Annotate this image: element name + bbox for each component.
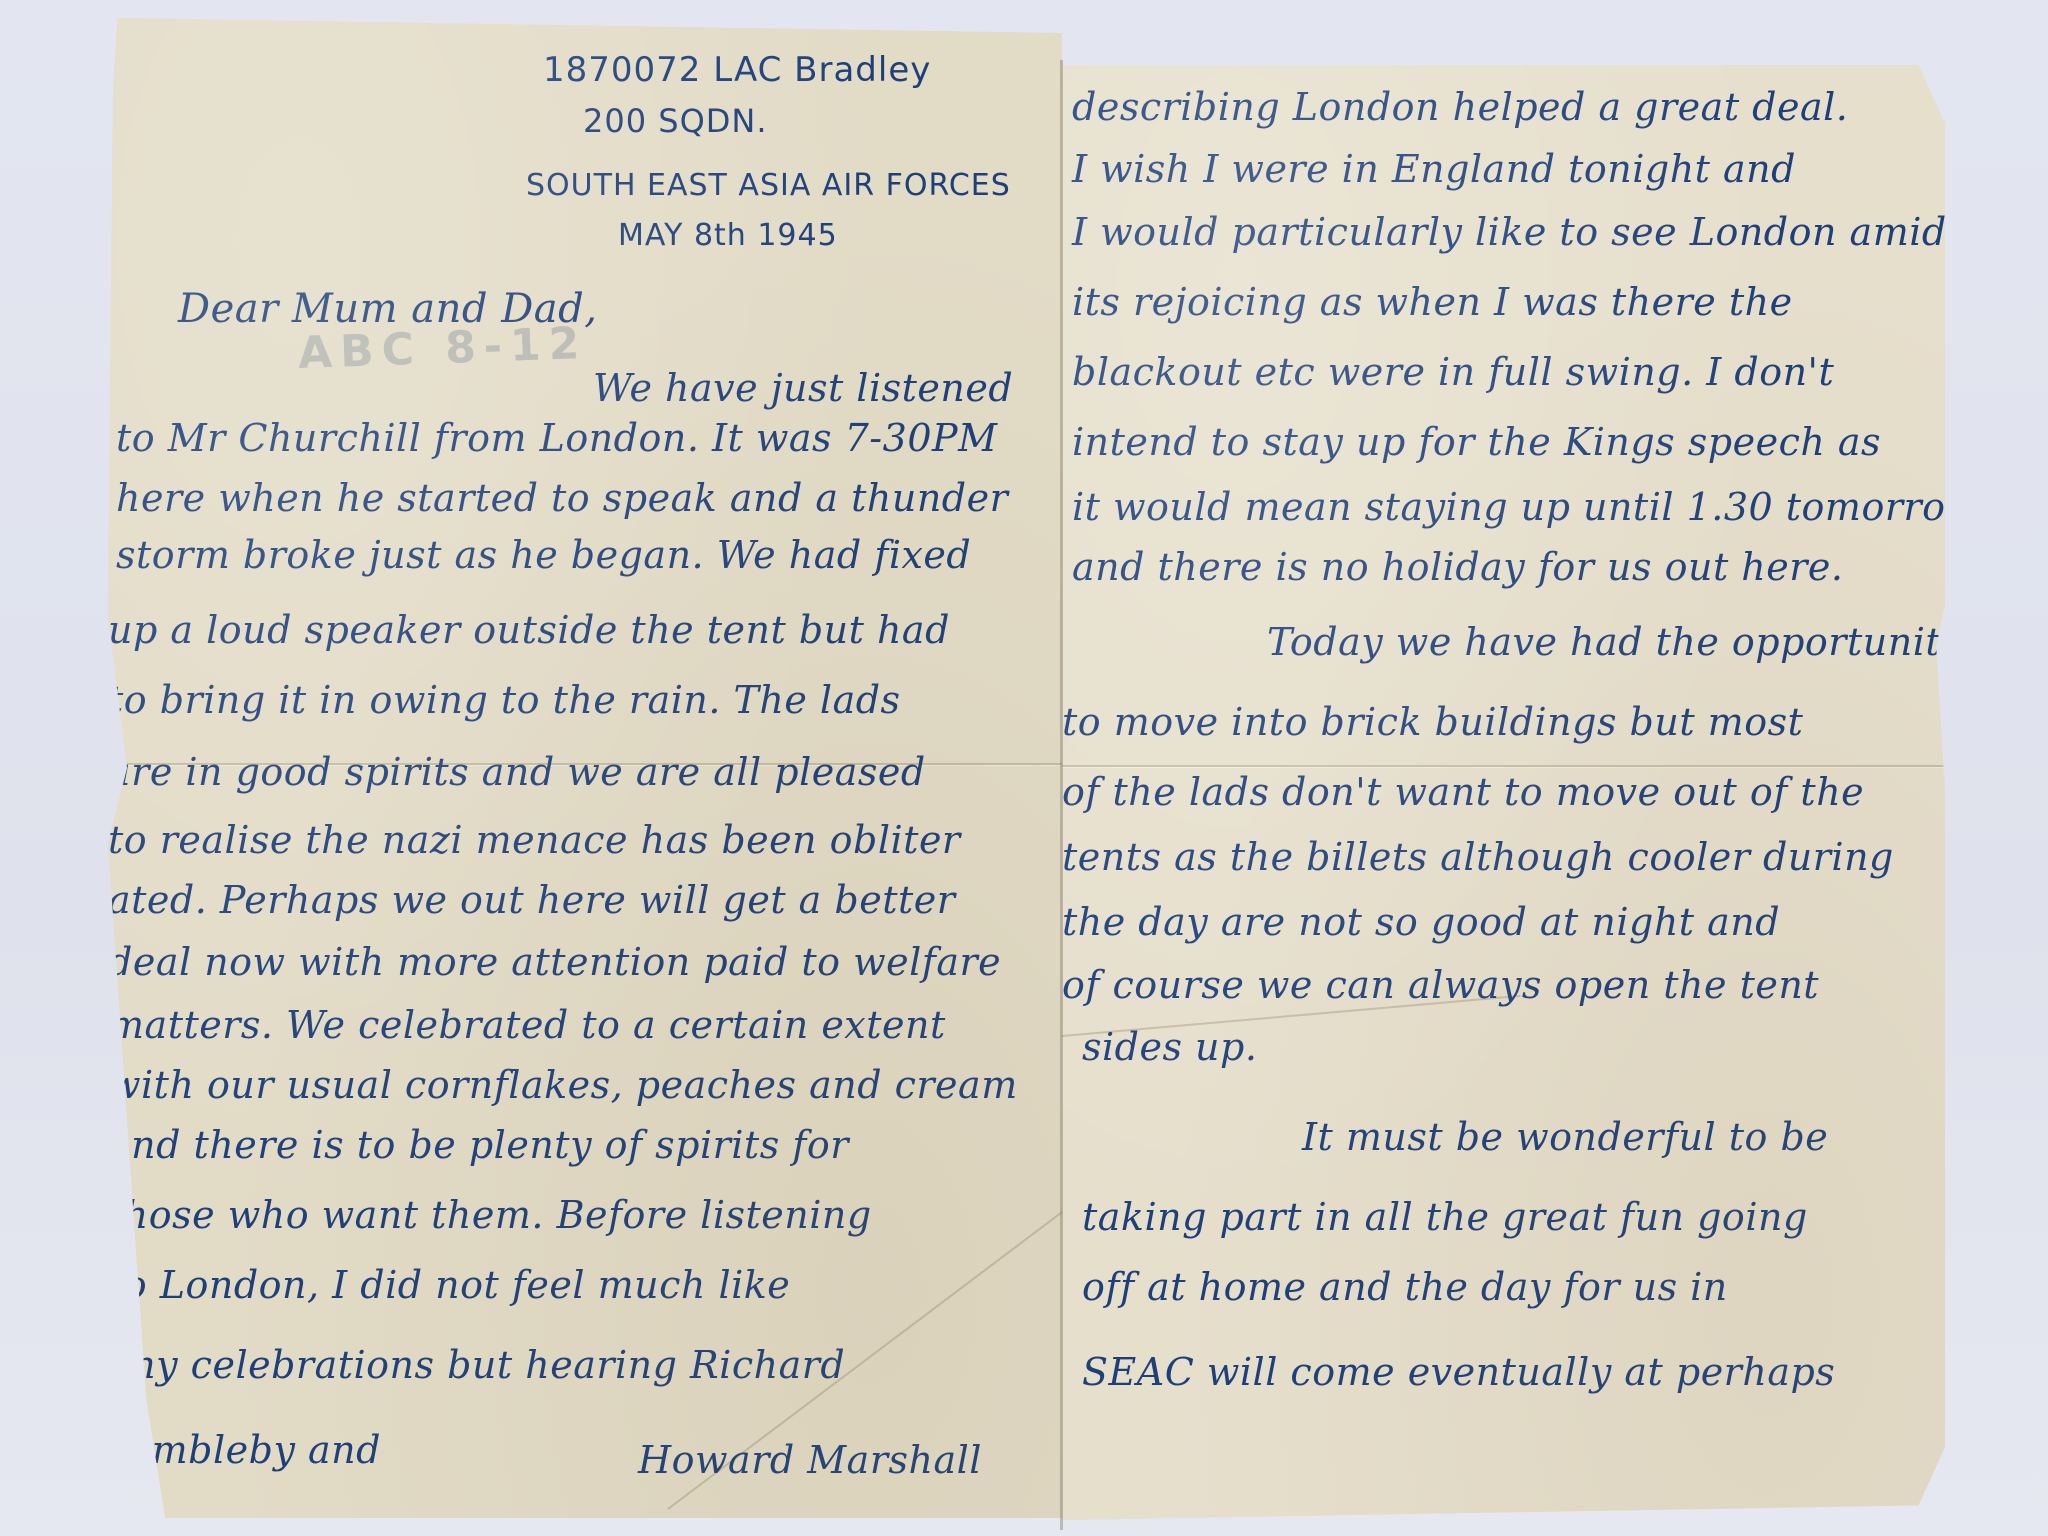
- center-seam-fold: [1060, 60, 1063, 1530]
- letter-date: MAY 8th 1945: [618, 218, 838, 253]
- right-line-10: to move into brick buildings but most: [1062, 700, 1803, 744]
- left-line-5: up a loud speaker outside the tent but h…: [108, 608, 950, 652]
- left-line-14: those who want them. Before listening: [108, 1193, 872, 1237]
- left-line-15: to London, I did not feel much like: [108, 1263, 790, 1307]
- right-line-19: SEAC will come eventually at perhaps: [1082, 1350, 1835, 1394]
- salutation: Dear Mum and Dad,: [178, 286, 597, 332]
- left-line-11: matters. We celebrated to a certain exte…: [108, 1003, 946, 1047]
- right-line-4: its rejoicing as when I was there the: [1072, 280, 1793, 324]
- right-line-12: tents as the billets although cooler dur…: [1062, 835, 1894, 879]
- left-line-3: here when he started to speak and a thun…: [116, 476, 1008, 520]
- right-line-6: intend to stay up for the Kings speech a…: [1072, 420, 1881, 464]
- right-line-2: I wish I were in England tonight and: [1072, 147, 1796, 191]
- right-line-11: of the lads don't want to move out of th…: [1062, 770, 1864, 814]
- right-line-7: it would mean staying up until 1.30 tomo…: [1072, 485, 1945, 529]
- sender-service-number: 1870072 LAC Bradley: [543, 50, 931, 90]
- left-line-7: are in good spirits and we are all pleas…: [108, 750, 926, 794]
- left-line-6: to bring it in owing to the rain. The la…: [108, 678, 901, 722]
- left-line-9: ated. Perhaps we out here will get a bet…: [108, 878, 955, 922]
- right-line-5: blackout etc were in full swing. I don't: [1072, 350, 1834, 394]
- horizontal-fold-crease: [1062, 765, 1945, 767]
- left-line-12: with our usual cornflakes, peaches and c…: [108, 1063, 1018, 1107]
- left-line-16: any celebrations but hearing Richard: [108, 1343, 845, 1387]
- right-line-13: the day are not so good at night and: [1062, 900, 1780, 944]
- left-line-13: and there is to be plenty of spirits for: [108, 1123, 849, 1167]
- left-line-8: to realise the nazi menace has been obli…: [108, 818, 961, 862]
- right-line-3: I would particularly like to see London …: [1072, 210, 1945, 254]
- right-line-18: off at home and the day for us in: [1082, 1265, 1728, 1309]
- left-line-18: Howard Marshall: [638, 1438, 982, 1482]
- left-line-2: to Mr Churchill from London. It was 7-30…: [116, 416, 997, 460]
- right-line-9: Today we have had the opportunity: [1267, 620, 1945, 664]
- right-line-15: sides up.: [1082, 1025, 1257, 1069]
- left-line-4: storm broke just as he began. We had fix…: [116, 533, 971, 577]
- right-line-17: taking part in all the great fun going: [1082, 1195, 1808, 1239]
- sender-unit: 200 SQDN.: [583, 102, 768, 140]
- left-line-10: deal now with more attention paid to wel…: [108, 940, 1001, 984]
- sender-location: SOUTH EAST ASIA AIR FORCES: [526, 168, 1011, 203]
- letter-page-right: describing London helped a great deal. I…: [1062, 65, 1945, 1520]
- right-line-14: of course we can always open the tent: [1062, 963, 1819, 1007]
- right-line-1: describing London helped a great deal.: [1072, 85, 1848, 129]
- left-line-17: Dimbleby and: [108, 1428, 381, 1472]
- right-line-8: and there is no holiday for us out here.: [1072, 545, 1843, 589]
- left-line-1: We have just listened: [593, 366, 1013, 410]
- letter-page-left: ABC 8-12 1870072 LAC Bradley 200 SQDN. S…: [108, 18, 1062, 1518]
- right-line-16: It must be wonderful to be: [1302, 1115, 1828, 1159]
- photo-scene: ABC 8-12 1870072 LAC Bradley 200 SQDN. S…: [0, 0, 2048, 1536]
